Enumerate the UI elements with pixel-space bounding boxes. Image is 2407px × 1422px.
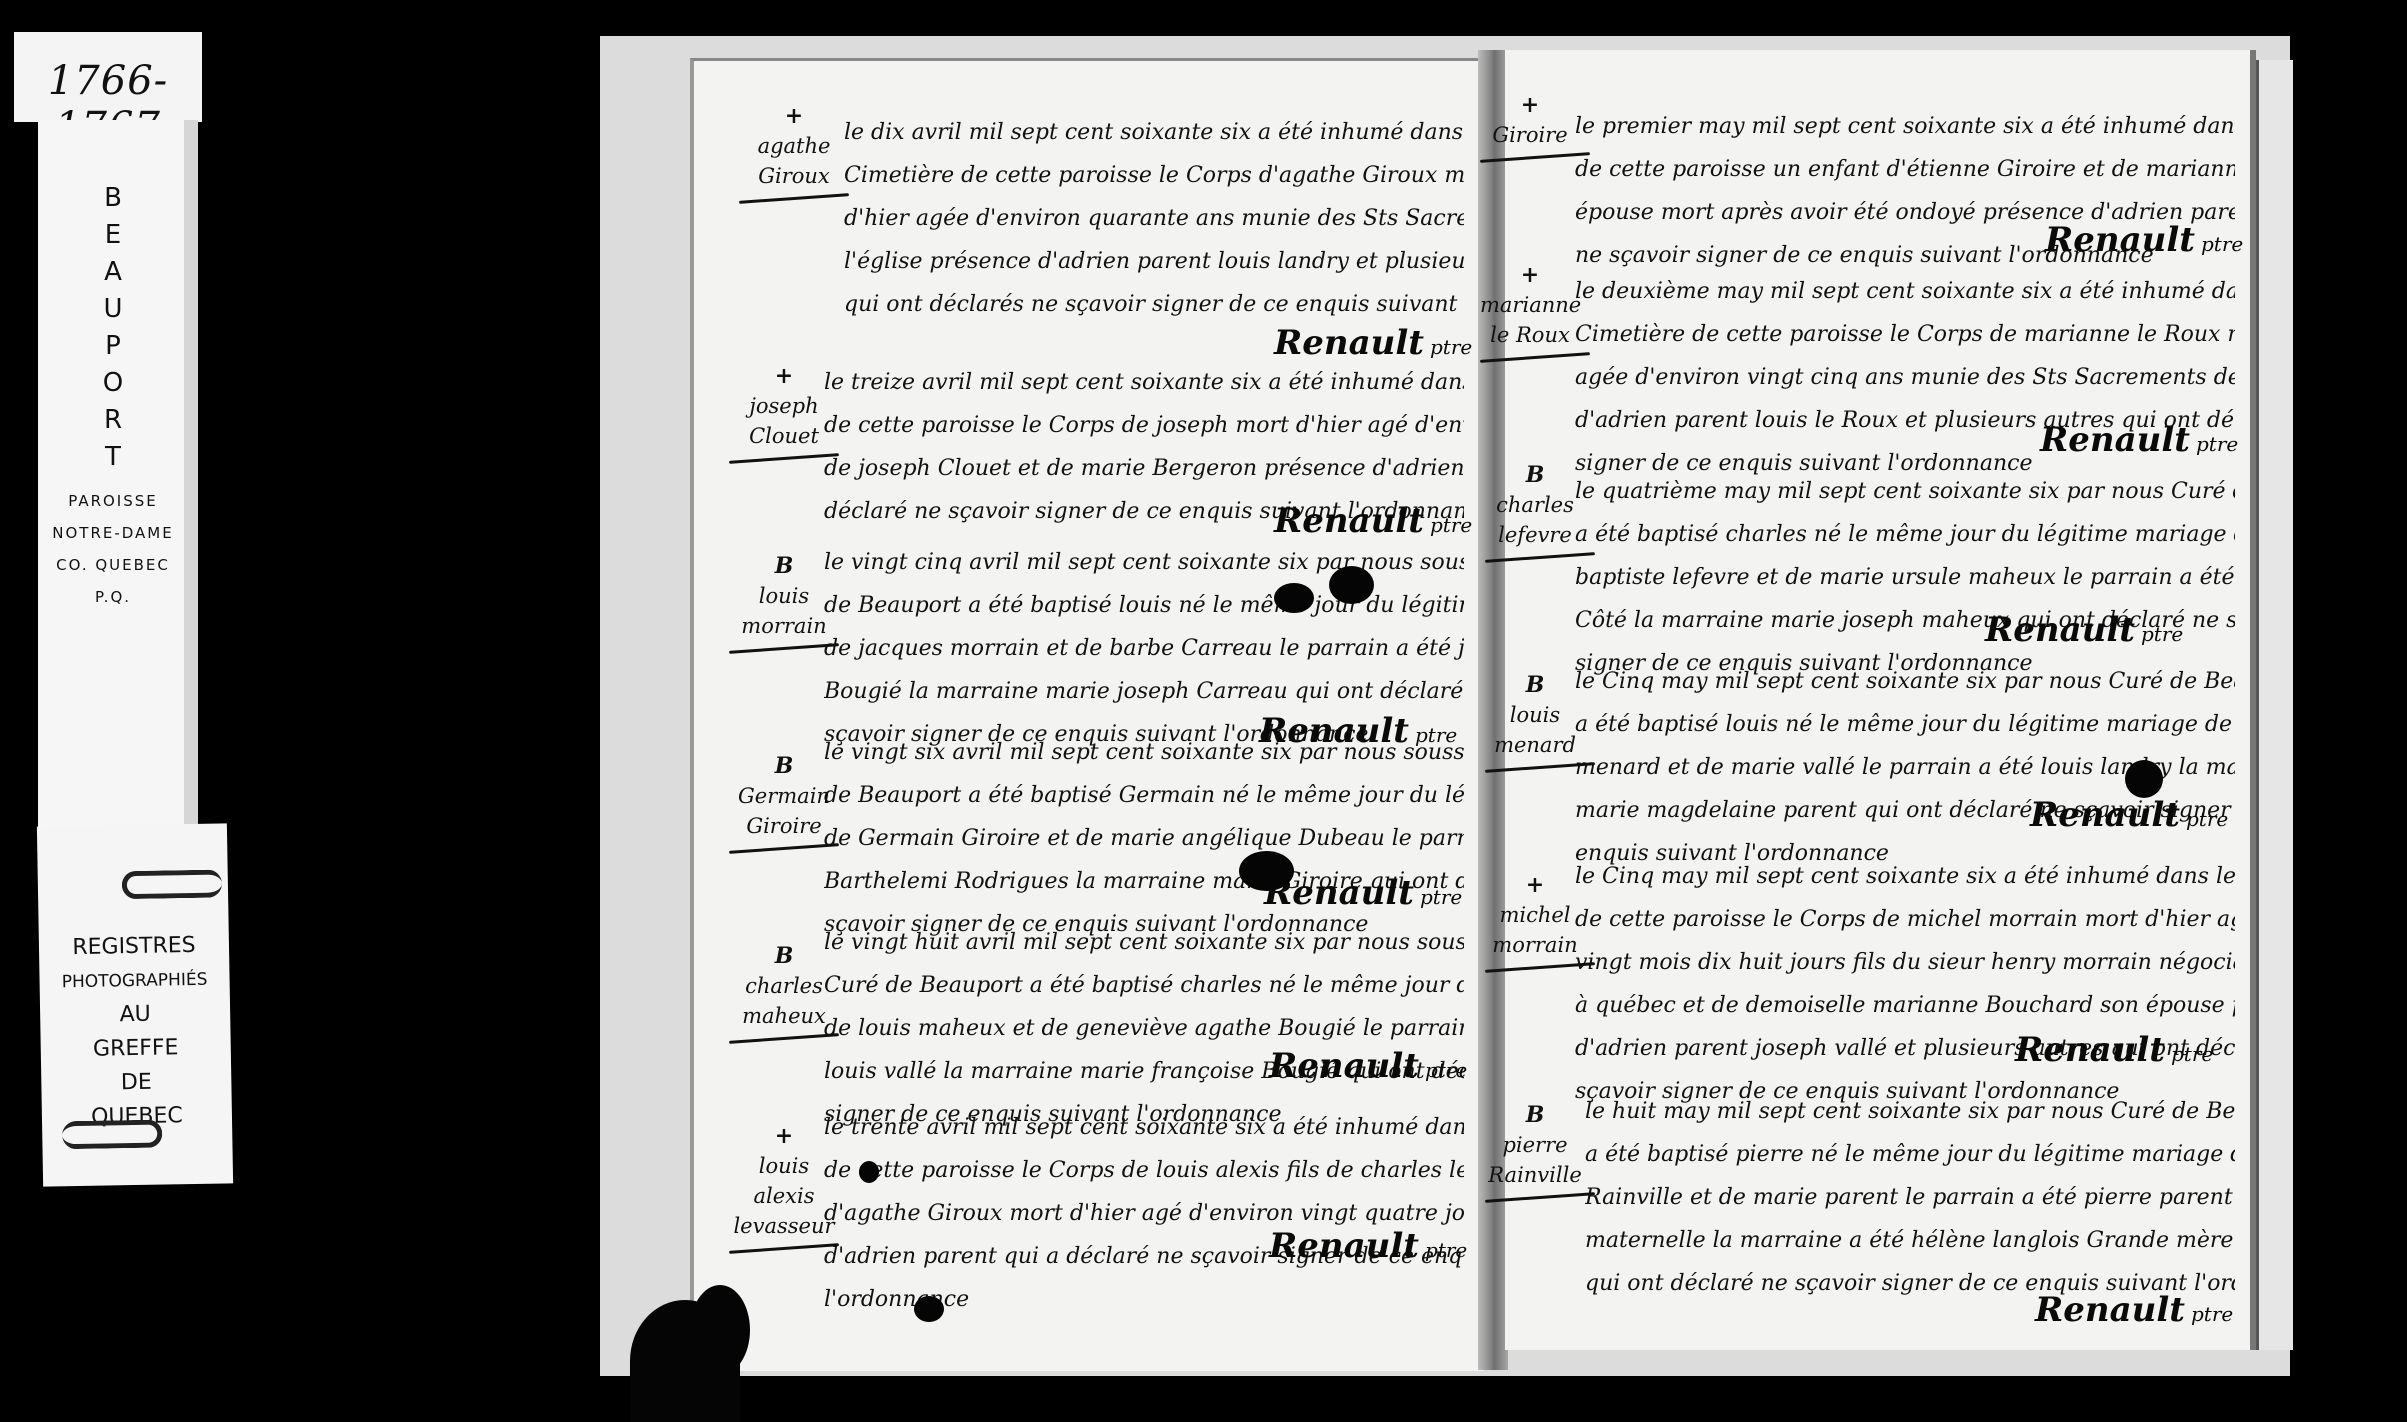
ink-blot [914, 1296, 944, 1322]
divider [739, 193, 849, 204]
entry-line: maternelle la marraine a été hélène lang… [1585, 1219, 2235, 1262]
margin-name: morrain [741, 614, 826, 638]
parish-label-strip: B E A U P O R T PAROISSE NOTRE-DAME CO. … [38, 120, 198, 830]
entry-line: vingt mois dix huit jours fils du sieur … [1575, 941, 2235, 984]
baptism-mark-icon: B [1485, 460, 1585, 490]
signature-name: Renault [1269, 1046, 1419, 1086]
margin-note: B charles lefevre [1485, 460, 1585, 559]
priest-signature: Renaultptre [2035, 1290, 2233, 1330]
place-letter: R [38, 402, 188, 439]
margin-name: Rainville [1488, 1163, 1582, 1187]
entry-line: de cette paroisse le Corps de michel mor… [1575, 898, 2235, 941]
signature-name: Renault [2035, 1290, 2185, 1330]
entry-line: le vingt huit avril mil sept cent soixan… [824, 921, 1464, 964]
divider [1480, 352, 1590, 363]
entry-line: qui ont déclarés ne sçavoir signer de ce… [844, 283, 1464, 326]
divider [729, 453, 839, 464]
burial-cross-icon: + [1485, 870, 1585, 900]
archive-line: REGISTRES [39, 928, 230, 965]
margin-note: + Giroire [1480, 90, 1580, 159]
baptism-mark-icon: B [1485, 1100, 1585, 1130]
ink-blot [1329, 566, 1374, 604]
margin-name: louis [759, 1154, 809, 1178]
place-letter: P [38, 328, 188, 365]
margin-name: le Roux [1490, 323, 1570, 347]
register-entry: le Cinq may mil sept cent soixante six a… [1575, 855, 2235, 1113]
entry-line: a été baptisé pierre né le même jour du … [1585, 1133, 2235, 1176]
signature-title: ptre [1430, 335, 1472, 359]
parish-info: PAROISSE NOTRE-DAME CO. QUEBEC P.Q. [38, 485, 188, 613]
signature-title: ptre [1425, 1238, 1467, 1262]
priest-signature: Renaultptre [1274, 323, 1472, 363]
priest-signature: Renaultptre [2030, 795, 2228, 835]
margin-name: levasseur [733, 1214, 834, 1238]
place-letter: U [38, 291, 188, 328]
signature-name: Renault [2015, 1030, 2165, 1070]
archive-label: REGISTRES PHOTOGRAPHIÉS AU GREFFE DE QUE… [37, 823, 233, 1186]
paper-clip-icon [62, 1120, 162, 1150]
margin-name: marianne [1480, 293, 1581, 317]
archive-line: GREFFE [40, 1030, 231, 1067]
margin-name: Giroire [1492, 123, 1567, 147]
date-range-tab: 1766-1767 [14, 32, 202, 122]
margin-note: + michel morrain [1485, 870, 1585, 969]
place-letter: B [38, 180, 188, 217]
margin-note: B louis menard [1485, 670, 1585, 769]
signature-title: ptre [2201, 232, 2243, 256]
page-stack-edge [2256, 60, 2293, 1350]
margin-name: Giroux [758, 164, 830, 188]
burial-cross-icon: + [1480, 90, 1580, 120]
place-letter: O [38, 365, 188, 402]
register-entry: le trente avril mil sept cent soixante s… [824, 1106, 1464, 1321]
entry-line: le deuxième may mil sept cent soixante s… [1575, 270, 2235, 313]
place-name-vertical: B E A U P O R T [38, 180, 188, 476]
archive-label-text: REGISTRES PHOTOGRAPHIÉS AU GREFFE DE QUE… [39, 928, 233, 1135]
entry-line: d'hier agée d'environ quarante ans munie… [844, 197, 1464, 240]
entry-line: a été baptisé charles né le même jour du… [1575, 513, 2235, 556]
divider [729, 643, 839, 654]
entry-line: le vingt six avril mil sept cent soixant… [824, 731, 1464, 774]
stain [690, 1285, 750, 1375]
priest-signature: Renaultptre [1269, 1046, 1467, 1086]
priest-signature: Renaultptre [1269, 1226, 1467, 1266]
signature-name: Renault [1274, 323, 1424, 363]
signature-title: ptre [2171, 1042, 2213, 1066]
register-entry: le vingt huit avril mil sept cent soixan… [824, 921, 1464, 1136]
priest-signature: Renaultptre [1274, 501, 1472, 541]
margin-name: maheux [742, 1004, 826, 1028]
entry-line: le huit may mil sept cent soixante six p… [1585, 1090, 2235, 1133]
margin-name: alexis [753, 1184, 814, 1208]
margin-note: + agathe Giroux [734, 101, 854, 200]
signature-title: ptre [1420, 885, 1462, 909]
priest-signature: Renaultptre [1985, 610, 2183, 650]
archive-line: PHOTOGRAPHIÉS [39, 962, 230, 999]
parish-line: NOTRE-DAME [38, 517, 188, 549]
margin-name: morrain [1492, 933, 1577, 957]
paper-clip-icon [122, 869, 222, 899]
parish-line: P.Q. [38, 581, 188, 613]
signature-title: ptre [1430, 513, 1472, 537]
entry-line: de cette paroisse le Corps de joseph mor… [824, 404, 1464, 447]
entry-line: de jacques morrain et de barbe Carreau l… [824, 627, 1464, 670]
right-page: + Giroire le premier may mil sept cent s… [1505, 50, 2256, 1350]
margin-name: Giroire [746, 814, 821, 838]
entry-line: à québec et de demoiselle marianne Bouch… [1575, 984, 2235, 1027]
entry-line: le dix avril mil sept cent soixante six … [844, 111, 1464, 154]
margin-name: charles [1496, 493, 1574, 517]
entry-line: a été baptisé louis né le même jour du l… [1575, 703, 2235, 746]
entry-line: le Cinq may mil sept cent soixante six a… [1575, 855, 2235, 898]
signature-name: Renault [2030, 795, 2180, 835]
divider [729, 843, 839, 854]
entry-line: agée d'environ vingt cinq ans munie des … [1575, 356, 2235, 399]
register-entry: le quatrième may mil sept cent soixante … [1575, 470, 2235, 685]
signature-title: ptre [2186, 807, 2228, 831]
margin-name: louis [1510, 703, 1560, 727]
burial-cross-icon: + [1480, 260, 1580, 290]
place-letter: E [38, 217, 188, 254]
margin-name: lefevre [1498, 523, 1572, 547]
divider [729, 1243, 839, 1254]
entry-line: le quatrième may mil sept cent soixante … [1575, 470, 2235, 513]
baptism-mark-icon: B [1485, 670, 1585, 700]
archive-line: DE [41, 1064, 232, 1101]
entry-line: de cette paroisse un enfant d'étienne Gi… [1575, 148, 2235, 191]
signature-name: Renault [1274, 501, 1424, 541]
entry-line: Curé de Beauport a été baptisé charles n… [824, 964, 1464, 1007]
parish-line: PAROISSE [38, 485, 188, 517]
signature-title: ptre [1425, 1058, 1467, 1082]
entry-line: baptiste lefevre et de marie ursule mahe… [1575, 556, 2235, 599]
margin-note: B pierre Rainville [1485, 1100, 1585, 1199]
entry-line: Cimetière de cette paroisse le Corps d'a… [844, 154, 1464, 197]
ink-blot [1239, 851, 1294, 891]
priest-signature: Renaultptre [2040, 420, 2238, 460]
margin-name: Germain [738, 784, 830, 808]
entry-line: Rainville et de marie parent le parrain … [1585, 1176, 2235, 1219]
place-letter: T [38, 439, 188, 476]
entry-line: le premier may mil sept cent soixante si… [1575, 105, 2235, 148]
entry-line: le treize avril mil sept cent soixante s… [824, 361, 1464, 404]
priest-signature: Renaultptre [1264, 873, 1462, 913]
entry-line: le Cinq may mil sept cent soixante six p… [1575, 660, 2235, 703]
entry-line: de joseph Clouet et de marie Bergeron pr… [824, 447, 1464, 490]
margin-name: pierre [1502, 1133, 1567, 1157]
ink-blot [859, 1161, 879, 1183]
left-page: + agathe Giroux le dix avril mil sept ce… [690, 58, 1484, 1371]
ink-blot [2125, 760, 2163, 798]
archive-line: AU [40, 996, 231, 1033]
margin-name: louis [759, 584, 809, 608]
signature-name: Renault [2040, 420, 2190, 460]
place-letter: A [38, 254, 188, 291]
priest-signature: Renaultptre [2045, 220, 2243, 260]
register-entry: le dix avril mil sept cent soixante six … [844, 111, 1464, 326]
signature-name: Renault [2045, 220, 2195, 260]
signature-title: ptre [2141, 622, 2183, 646]
burial-cross-icon: + [734, 101, 854, 131]
entry-line: de cette paroisse le Corps de louis alex… [824, 1149, 1464, 1192]
margin-name: joseph [749, 394, 818, 418]
register-entry: le huit may mil sept cent soixante six p… [1585, 1090, 2235, 1305]
entry-line: Cimetière de cette paroisse le Corps de … [1575, 313, 2235, 356]
margin-name: Clouet [749, 424, 819, 448]
divider [1485, 1192, 1595, 1203]
ink-blot [1274, 583, 1314, 613]
margin-name: charles [745, 974, 823, 998]
entry-line: de Beauport a été baptisé Germain né le … [824, 774, 1464, 817]
signature-title: ptre [2196, 432, 2238, 456]
divider [1480, 152, 1590, 163]
entry-line: de louis maheux et de geneviève agathe B… [824, 1007, 1464, 1050]
margin-note: + marianne le Roux [1480, 260, 1580, 359]
margin-name: menard [1494, 733, 1576, 757]
divider [729, 1033, 839, 1044]
entry-line: Bougié la marraine marie joseph Carreau … [824, 670, 1464, 713]
signature-name: Renault [1985, 610, 2135, 650]
entry-line: l'église présence d'adrien parent louis … [844, 240, 1464, 283]
signature-title: ptre [2191, 1302, 2233, 1326]
parish-line: CO. QUEBEC [38, 549, 188, 581]
margin-name: agathe [758, 134, 831, 158]
margin-name: michel [1499, 903, 1570, 927]
signature-name: Renault [1269, 1226, 1419, 1266]
register-entry: le vingt six avril mil sept cent soixant… [824, 731, 1464, 946]
priest-signature: Renaultptre [2015, 1030, 2213, 1070]
entry-line: le trente avril mil sept cent soixante s… [824, 1106, 1464, 1149]
entry-line: de Germain Giroire et de marie angélique… [824, 817, 1464, 860]
